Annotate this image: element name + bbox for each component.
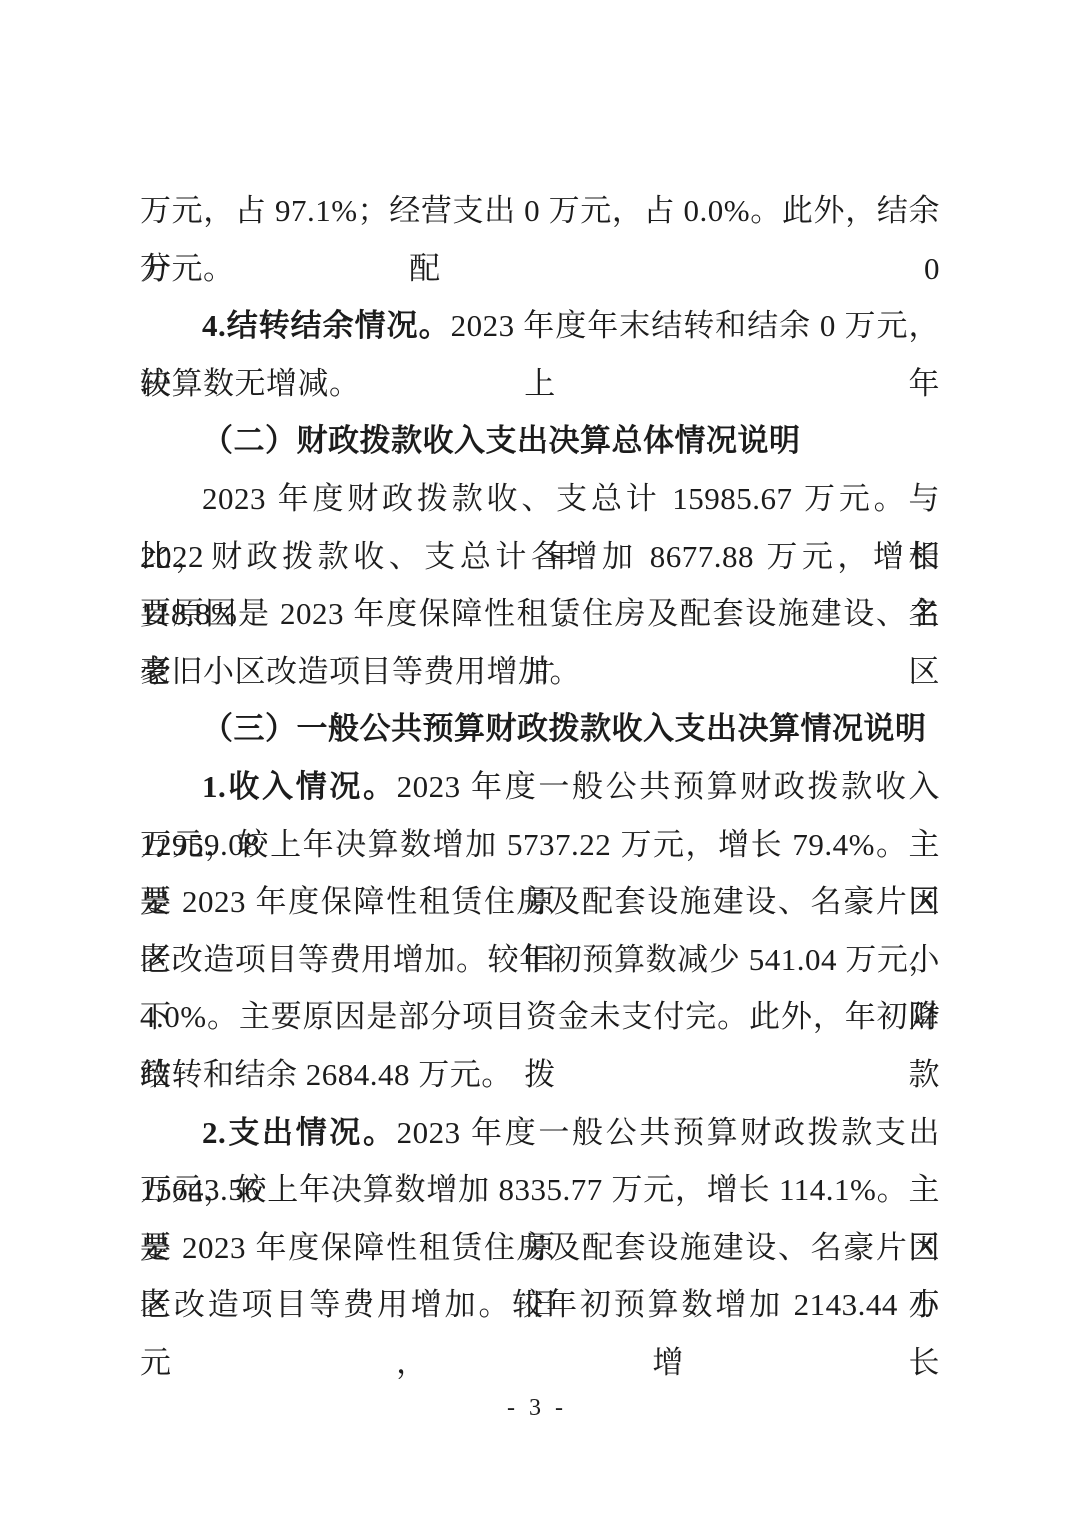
- text-line: 2.支出情况。2023 年度一般公共预算财政拨款支出 15643.56: [140, 1104, 940, 1162]
- bold-heading-segment: （三）一般公共预算财政拨款收入支出决算情况说明: [202, 711, 927, 746]
- text-line: 区改造项目等费用增加。较年初预算数减少 541.04 万元，下降: [140, 931, 940, 989]
- bold-heading-segment: 4.结转结余情况。: [202, 308, 451, 343]
- body-text-segment: 万元。: [140, 251, 235, 286]
- page-number: - 3 -: [0, 1392, 1074, 1424]
- text-line: （三）一般公共预算财政拨款收入支出决算情况说明: [140, 700, 940, 758]
- text-line: 要原因是 2023 年度保障性租赁住房及配套设施建设、名豪片区: [140, 585, 940, 643]
- body-text-segment: 区改造项目等费用增加。较年初预算数增加 2143.44 万元，增长: [140, 1287, 940, 1380]
- text-line: （二）财政拨款收入支出决算总体情况说明: [140, 412, 940, 470]
- document-body: 万元，占 97.1%；经营支出 0 万元，占 0.0%。此外，结余分配 0万元。…: [140, 182, 940, 1334]
- bold-heading-segment: （二）财政拨款收入支出决算总体情况说明: [202, 423, 801, 458]
- body-text-segment: 万元，占 97.1%；经营支出 0 万元，占 0.0%。此外，结余分配 0: [140, 193, 940, 286]
- bold-heading-segment: 2.支出情况。: [202, 1115, 397, 1150]
- body-text-segment: 决算数无增减。: [140, 366, 361, 401]
- bold-heading-segment: 1.收入情况。: [202, 769, 397, 804]
- text-line: 1.收入情况。2023 年度一般公共预算财政拨款收入 12959.08: [140, 758, 940, 816]
- text-line: 万元，较上年决算数增加 5737.22 万元，增长 79.4%。主要原因: [140, 816, 940, 874]
- text-line: 4.0%。主要原因是部分项目资金未支付完。此外，年初财政拨款: [140, 988, 940, 1046]
- body-text-segment: 结转和结余 2684.48 万元。: [140, 1057, 513, 1092]
- text-line: 万元，占 97.1%；经营支出 0 万元，占 0.0%。此外，结余分配 0: [140, 182, 940, 240]
- text-line: 4.结转结余情况。2023 年度年末结转和结余 0 万元，较上年: [140, 297, 940, 355]
- text-line: 万元，较上年决算数增加 8335.77 万元，增长 114.1%。主要原因: [140, 1161, 940, 1219]
- text-line: 比，财政拨款收、支总计各增加 8677.88 万元，增长 118.8%。主: [140, 528, 940, 586]
- text-line: 是 2023 年度保障性租赁住房及配套设施建设、名豪片区老旧小: [140, 873, 940, 931]
- document-page: 万元，占 97.1%；经营支出 0 万元，占 0.0%。此外，结余分配 0万元。…: [0, 0, 1074, 1520]
- text-line: 是 2023 年度保障性租赁住房及配套设施建设、名豪片区老旧小: [140, 1219, 940, 1277]
- text-line: 2023 年度财政拨款收、支总计 15985.67 万元。与 2022 年相: [140, 470, 940, 528]
- body-text-segment: 老旧小区改造项目等费用增加。: [140, 654, 581, 689]
- text-line: 区改造项目等费用增加。较年初预算数增加 2143.44 万元，增长: [140, 1276, 940, 1334]
